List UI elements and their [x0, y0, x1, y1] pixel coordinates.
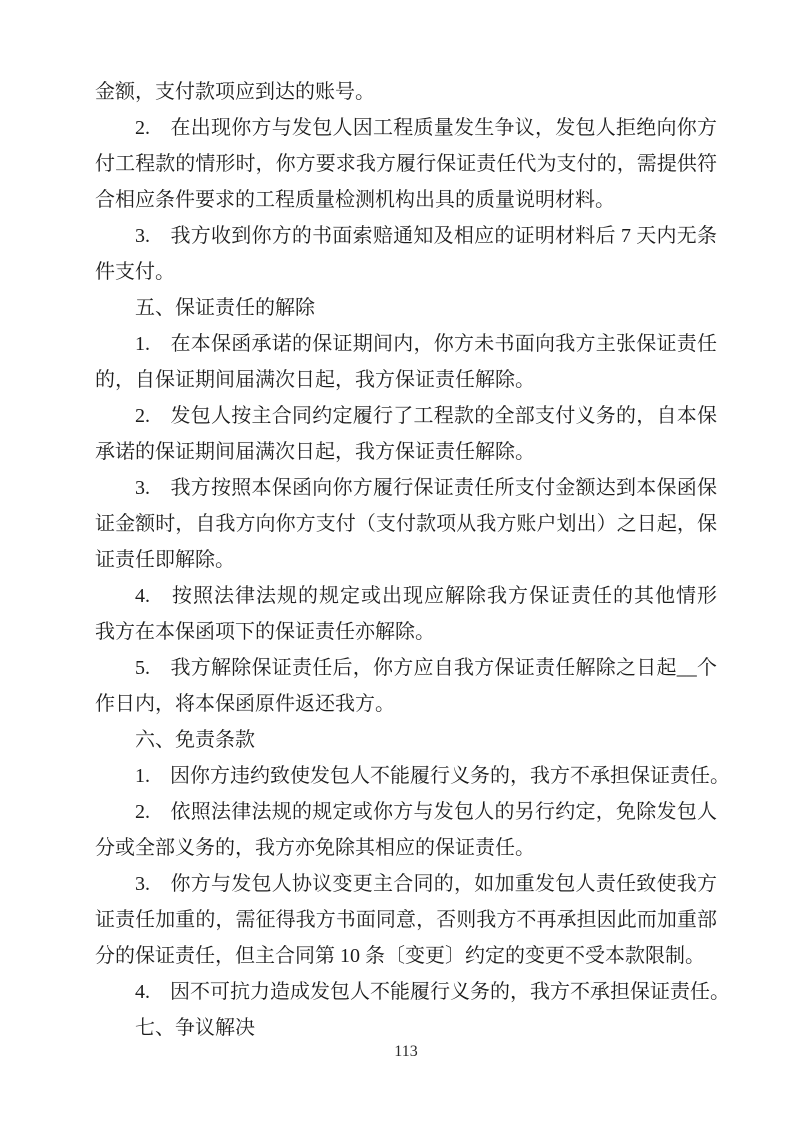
text-line: 2. 在出现你方与发包人因工程质量发生争议，发包人拒绝向你方支 — [95, 110, 717, 146]
text-line: 3. 你方与发包人协议变更主合同的，如加重发包人责任致使我方保 — [95, 866, 717, 902]
text-line: 的，自保证期间届满次日起，我方保证责任解除。 — [95, 362, 717, 398]
text-line: 证责任即解除。 — [95, 542, 717, 578]
text-line: 4. 因不可抗力造成发包人不能履行义务的，我方不承担保证责任。 — [95, 974, 717, 1010]
document-body: 金额，支付款项应到达的账号。2. 在出现你方与发包人因工程质量发生争议，发包人拒… — [95, 74, 717, 1046]
text-line: 件支付。 — [95, 254, 717, 290]
text-line: 分或全部义务的，我方亦免除其相应的保证责任。 — [95, 830, 717, 866]
section-heading: 五、保证责任的解除 — [95, 290, 717, 326]
text-line: 证责任加重的，需征得我方书面同意，否则我方不再承担因此而加重部 — [95, 902, 717, 938]
text-line: 2. 发包人按主合同约定履行了工程款的全部支付义务的，自本保函 — [95, 398, 717, 434]
text-line: 5. 我方解除保证责任后，你方应自我方保证责任解除之日起__个工 — [95, 650, 717, 686]
text-line: 2. 依照法律法规的规定或你方与发包人的另行约定，免除发包人部 — [95, 794, 717, 830]
text-line: 金额，支付款项应到达的账号。 — [95, 74, 717, 110]
text-line: 1. 在本保函承诺的保证期间内，你方未书面向我方主张保证责任 — [95, 326, 717, 362]
page-number: 113 — [95, 1040, 717, 1064]
text-line: 4. 按照法律法规的规定或出现应解除我方保证责任的其他情形的， — [95, 578, 717, 614]
text-line: 作日内，将本保函原件返还我方。 — [95, 686, 717, 722]
text-line: 承诺的保证期间届满次日起，我方保证责任解除。 — [95, 434, 717, 470]
text-line: 3. 我方收到你方的书面索赔通知及相应的证明材料后 7 天内无条 — [95, 218, 717, 254]
text-line: 证金额时，自我方向你方支付（支付款项从我方账户划出）之日起，保 — [95, 506, 717, 542]
text-line: 分的保证责任，但主合同第 10 条〔变更〕约定的变更不受本款限制。 — [95, 938, 717, 974]
text-line: 我方在本保函项下的保证责任亦解除。 — [95, 614, 717, 650]
text-line: 3. 我方按照本保函向你方履行保证责任所支付金额达到本保函保 — [95, 470, 717, 506]
section-heading: 六、免责条款 — [95, 722, 717, 758]
text-line: 付工程款的情形时，你方要求我方履行保证责任代为支付的，需提供符 — [95, 146, 717, 182]
text-line: 合相应条件要求的工程质量检测机构出具的质量说明材料。 — [95, 182, 717, 218]
document-page: 金额，支付款项应到达的账号。2. 在出现你方与发包人因工程质量发生争议，发包人拒… — [0, 0, 794, 1122]
text-line: 1. 因你方违约致使发包人不能履行义务的，我方不承担保证责任。 — [95, 758, 717, 794]
